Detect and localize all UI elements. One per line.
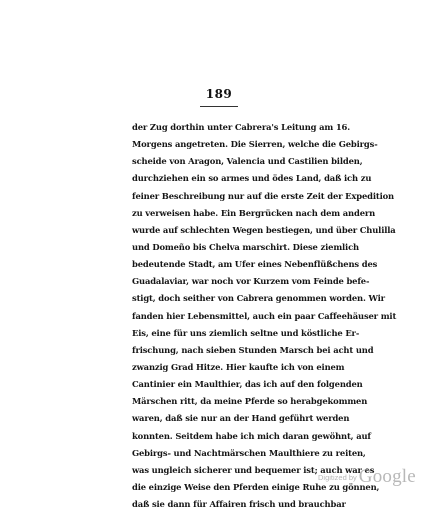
digitized-by-google-watermark: Digitized byGoogle	[318, 466, 416, 488]
text-line: daß sie dann für Affairen frisch und bra…	[132, 496, 320, 512]
page-number: 189	[0, 87, 438, 101]
text-line: bedeutende Stadt, am Ufer eines Nebenflü…	[132, 256, 320, 273]
text-line: zu verweisen habe. Ein Bergrücken nach d…	[132, 205, 320, 222]
text-line: scheide von Aragon, Valencia und Castili…	[132, 153, 320, 170]
text-line: die einzige Weise den Pferden einige Ruh…	[132, 479, 320, 496]
text-line: durchziehen ein so armes und ödes Land, …	[132, 170, 320, 187]
watermark-prefix: Digitized by	[318, 473, 357, 482]
text-line: der Zug dorthin unter Cabrera's Leitung …	[132, 119, 320, 136]
text-line: wurde auf schlechten Wegen bestiegen, un…	[132, 222, 320, 239]
text-line: zwanzig Grad Hitze. Hier kaufte ich von …	[132, 359, 320, 376]
text-line: Märschen ritt, da meine Pferde so herabg…	[132, 393, 320, 410]
text-line: frischung, nach sieben Stunden Marsch be…	[132, 342, 320, 359]
text-line: konnten. Seitdem habe ich mich daran gew…	[132, 428, 320, 445]
text-line: Eis, eine für uns ziemlich seltne und kö…	[132, 325, 320, 342]
text-line: fanden hier Lebensmittel, auch ein paar …	[132, 308, 320, 325]
text-line: stigt, doch seither von Cabrera genommen…	[132, 290, 320, 307]
text-line: was ungleich sicherer und bequemer ist; …	[132, 462, 320, 479]
header-rule	[200, 106, 238, 107]
google-logo: Google	[359, 466, 416, 487]
text-line: Cantinier ein Maulthier, das ich auf den…	[132, 376, 320, 393]
text-line: Guadalaviar, war noch vor Kurzem vom Fei…	[132, 273, 320, 290]
text-line: waren, daß sie nur an der Hand geführt w…	[132, 410, 320, 427]
body-text: der Zug dorthin unter Cabrera's Leitung …	[132, 119, 320, 512]
text-line: und Domeño bis Chelva marschirt. Diese z…	[132, 239, 320, 256]
text-line: feiner Beschreibung nur auf die erste Ze…	[132, 188, 320, 205]
text-line: Morgens angetreten. Die Sierren, welche …	[132, 136, 320, 153]
text-line: Gebirgs- und Nachtmärschen Maulthiere zu…	[132, 445, 320, 462]
